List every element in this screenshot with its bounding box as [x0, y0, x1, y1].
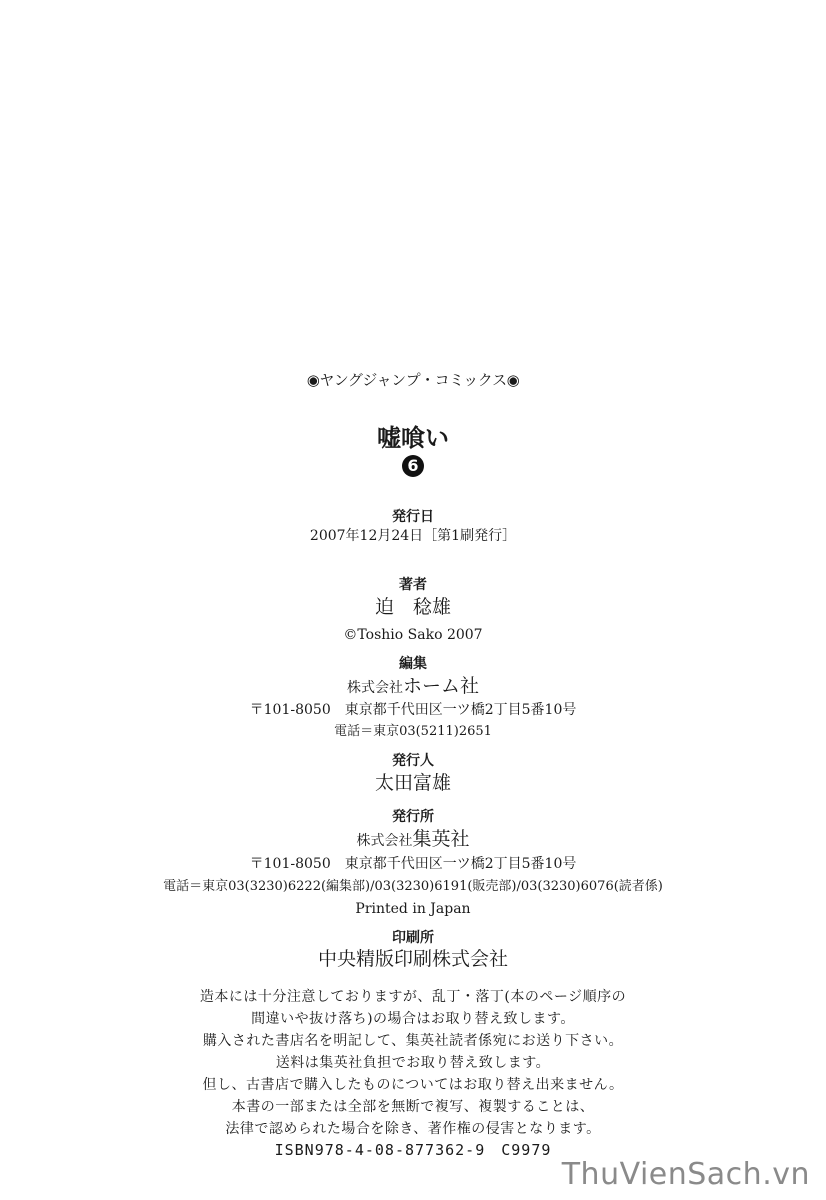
publisher-company-prefix: 株式会社 [356, 833, 412, 849]
notice-line: 購入された書店名を明記して、集英社読者係宛にお送り下さい。 [0, 1034, 826, 1048]
publisher-company-name: 集英社 [412, 828, 469, 850]
publisher-phone: 電話＝東京03(3230)6222(編集部)/03(3230)6191(販売部)… [0, 880, 826, 893]
notice-line: 法律で認められた場合を除き、著作権の侵害となります。 [0, 1122, 826, 1136]
notice-line: 送料は集英社負担でお取り替え致します。 [0, 1056, 826, 1070]
watermark-logo: ThuVienSach.vn [562, 1157, 810, 1192]
publisher-person-name: 太田富雄 [0, 774, 826, 793]
series-name: ◉ヤングジャンプ・コミックス◉ [0, 373, 826, 388]
author-label: 著者 [0, 578, 826, 592]
copyright-notice: ©Toshio Sako 2007 [0, 628, 826, 642]
volume-number-badge: 6 [0, 455, 826, 477]
publisher-person-label: 発行人 [0, 754, 826, 768]
editor-address: 〒101-8050 東京都千代田区一ツ橋2丁目5番10号 [0, 703, 826, 717]
notice-line: 但し、古書店で購入したものについてはお取り替え出来ません。 [0, 1078, 826, 1092]
notice-line: 本書の一部または全部を無断で複写、複製することは、 [0, 1100, 826, 1114]
editor-phone: 電話＝東京03(5211)2651 [0, 725, 826, 738]
editor-company-prefix: 株式会社 [347, 680, 403, 696]
printed-in-japan: Printed in Japan [0, 902, 826, 916]
publisher-company: 株式会社集英社 [0, 830, 826, 849]
editor-company: 株式会社ホーム社 [0, 677, 826, 696]
book-title: 嘘喰い [0, 426, 826, 450]
notice-line: 造本には十分注意しておりますが、乱丁・落丁(本のページ順序の [0, 990, 826, 1004]
publication-date-value: 2007年12月24日［第1刷発行］ [0, 529, 826, 543]
editor-label: 編集 [0, 657, 826, 671]
printer-name: 中央精版印刷株式会社 [0, 950, 826, 969]
printer-label: 印刷所 [0, 931, 826, 945]
publisher-address: 〒101-8050 東京都千代田区一ツ橋2丁目5番10号 [0, 857, 826, 871]
author-name: 迫 稔雄 [0, 598, 826, 617]
editor-company-name: ホーム社 [403, 675, 479, 697]
isbn-code: ISBN978-4-08-877362-9 C9979 [0, 1143, 826, 1158]
volume-number: 6 [402, 455, 424, 477]
notice-line: 間違いや抜け落ち)の場合はお取り替え致します。 [0, 1012, 826, 1026]
publisher-label: 発行所 [0, 810, 826, 824]
publication-date-label: 発行日 [0, 510, 826, 524]
